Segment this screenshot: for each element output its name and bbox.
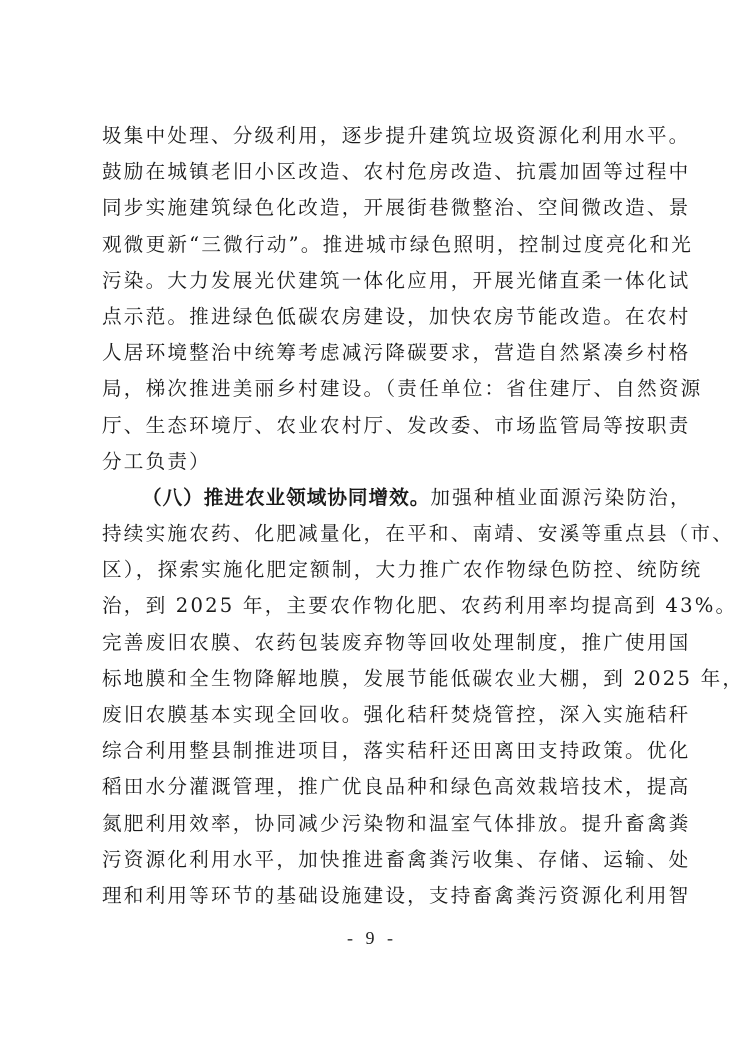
document-page: 圾集中处理、分级利用，逐步提升建筑垃圾资源化利用水平。 鼓励在城镇老旧小区改造、… [0, 0, 744, 1052]
text-line: 圾集中处理、分级利用，逐步提升建筑垃圾资源化利用水平。 [102, 118, 646, 154]
section-heading-continuation: 加强种植业面源污染防治， [430, 486, 692, 509]
text-line: 鼓励在城镇老旧小区改造、农村危房改造、抗震加固等过程中 [102, 154, 646, 190]
text-line: 分工负责） [102, 444, 646, 480]
text-line: 同步实施建筑绿色化改造，开展街巷微整治、空间微改造、景 [102, 190, 646, 226]
text-line: 理和利用等环节的基础设施建设，支持畜禽粪污资源化利用智 [102, 878, 646, 914]
text-line: 人居环境整治中统筹考虑减污降碳要求，营造自然紧凑乡村格 [102, 335, 646, 371]
text-line: 稻田水分灌溉管理，推广优良品种和绿色高效栽培技术，提高 [102, 769, 646, 805]
text-line: 观微更新“三微行动”。推进城市绿色照明，控制过度亮化和光 [102, 227, 646, 263]
text-line: 废旧农膜基本实现全回收。强化秸秆焚烧管控，深入实施秸秆 [102, 697, 646, 733]
text-line: 持续实施农药、化肥减量化，在平和、南靖、安溪等重点县（市、 [102, 516, 646, 552]
text-line: 厅、生态环境厅、农业农村厅、发改委、市场监管局等按职责 [102, 408, 646, 444]
section-heading: （八）推进农业领域协同增效。 [142, 486, 430, 509]
text-line: 综合利用整县制推进项目，落实秸秆还田离田支持政策。优化 [102, 733, 646, 769]
text-line: 污染。大力发展光伏建筑一体化应用，开展光储直柔一体化试 [102, 263, 646, 299]
text-line: 点示范。推进绿色低碳农房建设，加快农房节能改造。在农村 [102, 299, 646, 335]
text-line: 污资源化利用水平，加快推进畜禽粪污收集、存储、运输、处 [102, 842, 646, 878]
body-text: 圾集中处理、分级利用，逐步提升建筑垃圾资源化利用水平。 鼓励在城镇老旧小区改造、… [102, 118, 646, 914]
section-heading-line: （八）推进农业领域协同增效。加强种植业面源污染防治， [102, 480, 646, 516]
text-line: 局，梯次推进美丽乡村建设。（责任单位：省住建厅、自然资源 [102, 371, 646, 407]
text-line: 区），探索实施化肥定额制，大力推广农作物绿色防控、统防统 [102, 552, 646, 588]
text-line: 完善废旧农膜、农药包装废弃物等回收处理制度，推广使用国 [102, 625, 646, 661]
text-line: 标地膜和全生物降解地膜，发展节能低碳农业大棚，到 2025 年， [102, 661, 646, 697]
text-line: 治，到 2025 年，主要农作物化肥、农药利用率均提高到 43%。 [102, 588, 646, 624]
text-line: 氮肥利用效率，协同减少污染物和温室气体排放。提升畜禽粪 [102, 806, 646, 842]
page-number: - 9 - [0, 928, 744, 949]
